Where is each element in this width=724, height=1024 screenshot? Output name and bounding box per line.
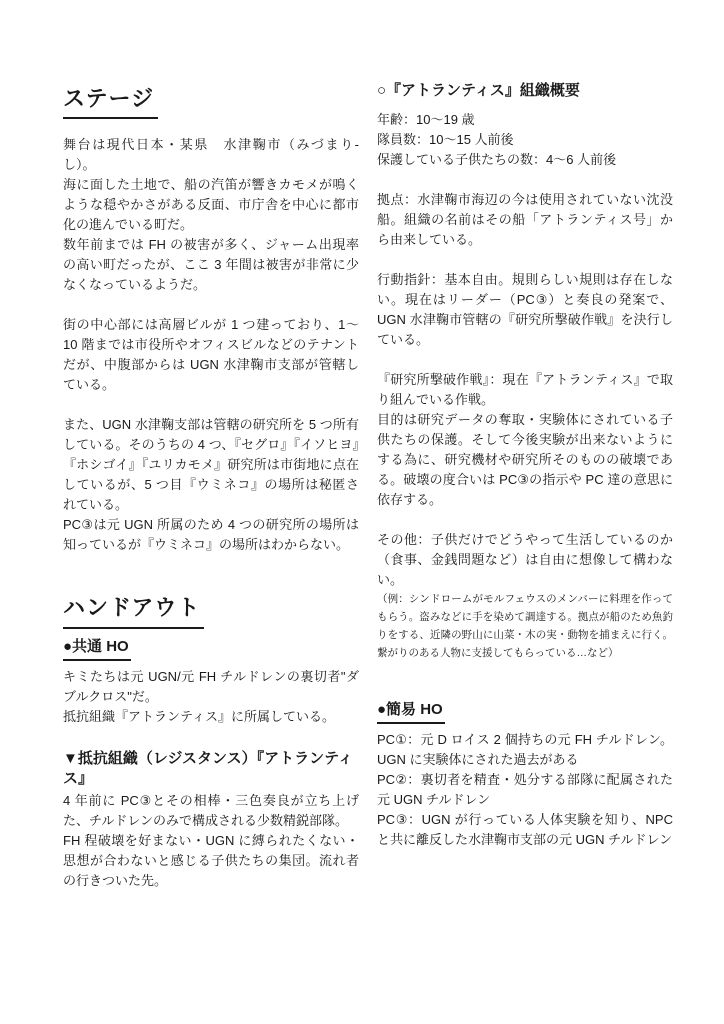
- common-ho-heading: ●共通 HO: [63, 638, 131, 661]
- organization-overview-heading: ○『アトランティス』組織概要: [377, 80, 673, 102]
- handout-section-heading: ハンドアウト: [63, 595, 204, 628]
- organization-other-example: （例：シンドロームがモルフェウスのメンバーに料理を作ってもらう。盗みなどに手を染…: [377, 590, 673, 662]
- document-page: ステージ 舞台は現代日本・某県 水津鞠市（みづまり-し）。 海に面した土地で、船…: [0, 0, 724, 1024]
- resistance-heading: ▼抵抗組織（レジスタンス）『アトランティス』: [63, 749, 359, 789]
- organization-other: その他：子供だけでどうやって生活しているのか（食事、金銭問題など）は自由に想像し…: [377, 530, 673, 590]
- organization-policy: 行動指針：基本自由。規則らしい規則は存在しない。現在はリーダー（PC③）と奏良の…: [377, 270, 673, 350]
- stage-paragraph-city-center: 街の中心部には高層ビルが 1 つ建っており、1～10 階までは市役所やオフィスビ…: [63, 315, 359, 395]
- right-column: ○『アトランティス』組織概要 年齢：10～19 歳 隊員数：10～15 人前後 …: [377, 80, 673, 850]
- simple-ho-heading-row: ●簡易 HO: [377, 700, 673, 724]
- left-column: ステージ 舞台は現代日本・某県 水津鞠市（みづまり-し）。 海に面した土地で、船…: [63, 86, 359, 911]
- stage-paragraph-setting: 舞台は現代日本・某県 水津鞠市（みづまり-し）。 海に面した土地で、船の汽笛が響…: [63, 135, 359, 295]
- simple-ho-item-pc3: PC③：UGN が行っている人体実験を知り、NPC と共に離反した水津鞠市支部の…: [377, 810, 673, 850]
- organization-stats: 年齢：10～19 歳 隊員数：10～15 人前後 保護している子供たちの数：4～…: [377, 110, 673, 170]
- simple-ho-item-pc2: PC②：裏切者を精査・処分する部隊に配属された元 UGN チルドレン: [377, 770, 673, 810]
- stage-section-heading: ステージ: [63, 86, 158, 119]
- stage-heading-row: ステージ: [63, 86, 359, 119]
- simple-ho-heading: ●簡易 HO: [377, 701, 445, 724]
- handout-heading-row: ハンドアウト: [63, 595, 359, 628]
- stage-paragraph-laboratories: また、UGN 水津鞠支部は管轄の研究所を 5 つ所有している。そのうちの 4 つ…: [63, 415, 359, 555]
- organization-base: 拠点：水津鞠市海辺の今は使用されていない沈没船。組織の名前はその船「アトランティ…: [377, 190, 673, 250]
- common-ho-heading-row: ●共通 HO: [63, 637, 359, 661]
- organization-operation: 『研究所撃破作戦』：現在『アトランティス』で取り組んでいる作戦。 目的は研究デー…: [377, 370, 673, 510]
- common-ho-body: キミたちは元 UGN/元 FH チルドレンの裏切者"ダブルクロス"だ。 抵抗組織…: [63, 667, 359, 727]
- resistance-body: 4 年前に PC③とその相棒・三色奏良が立ち上げた、チルドレンのみで構成される少…: [63, 791, 359, 891]
- simple-ho-item-pc1: PC①：元 D ロイス 2 個持ちの元 FH チルドレン。UGN に実験体にされ…: [377, 730, 673, 770]
